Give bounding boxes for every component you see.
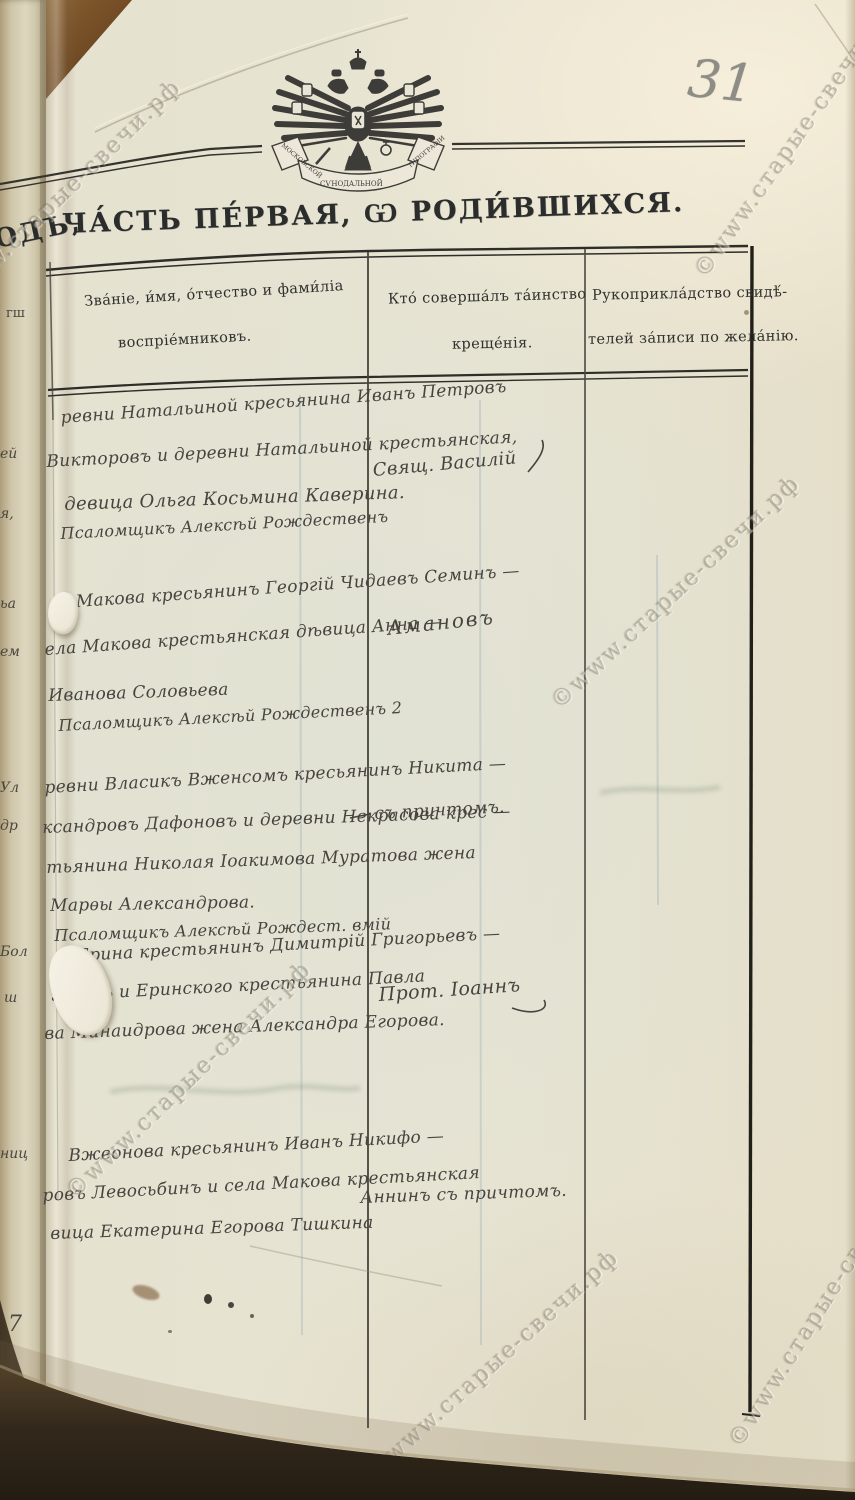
metric-book-scan: { "page": { "number": "31", "watermark":… <box>0 0 855 1500</box>
book-bottom-edge <box>0 0 855 1500</box>
